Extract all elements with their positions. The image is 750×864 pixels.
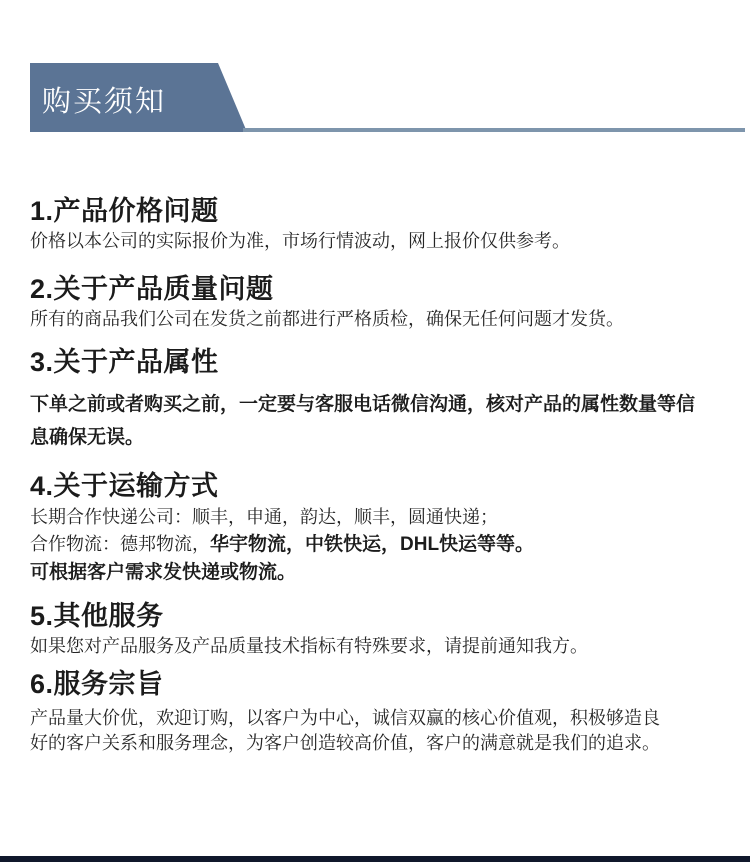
- section-heading: 2.关于产品质量问题: [30, 271, 740, 307]
- banner-title: 购买须知: [42, 86, 166, 118]
- section-heading: 3.关于产品属性: [30, 344, 740, 380]
- section-text: 产品量大价优，欢迎订购，以客户为中心，诚信双赢的核心价值观，积极够造良: [30, 706, 740, 731]
- section-text: 长期合作快递公司：顺丰，申通，韵达，顺丰，圆通快递；: [30, 504, 740, 531]
- section-heading: 5.其他服务: [30, 598, 740, 634]
- section-body: 下单之前或者购买之前，一定要与客服电话微信沟通，核对产品的属性数量等信 息确保无…: [30, 388, 740, 454]
- section-text: 所有的商品我们公司在发货之前都进行严格质检，确保无任何问题才发货。: [30, 307, 740, 332]
- section-price: 1.产品价格问题 价格以本公司的实际报价为准，市场行情波动，网上报价仅供参考。: [30, 193, 740, 254]
- section-text: 合作物流：德邦物流，华宇物流，中铁快运，DHL快运等等。: [30, 531, 740, 559]
- banner-underline: [243, 128, 745, 132]
- page-root: 购买须知 1.产品价格问题 价格以本公司的实际报价为准，市场行情波动，网上报价仅…: [0, 0, 750, 864]
- section-text-part: 华宇物流，中铁快运，DHL快运等等。: [210, 534, 534, 555]
- section-text-part: 合作物流：德邦物流，: [30, 534, 210, 554]
- section-other-services: 5.其他服务 如果您对产品服务及产品质量技术指标有特殊要求，请提前通知我方。: [30, 598, 740, 659]
- section-text: 价格以本公司的实际报价为准，市场行情波动，网上报价仅供参考。: [30, 229, 740, 254]
- section-text: 好的客户关系和服务理念，为客户创造较高价值，客户的满意就是我们的追求。: [30, 731, 740, 756]
- section-text: 如果您对产品服务及产品质量技术指标有特殊要求，请提前通知我方。: [30, 634, 740, 659]
- notice-banner: 购买须知: [0, 0, 750, 132]
- section-heading: 1.产品价格问题: [30, 193, 740, 229]
- section-text: 息确保无误。: [30, 421, 740, 454]
- section-heading: 4.关于运输方式: [30, 468, 740, 504]
- section-body: 产品量大价优，欢迎订购，以客户为中心，诚信双赢的核心价值观，积极够造良 好的客户…: [30, 706, 740, 756]
- section-body: 长期合作快递公司：顺丰，申通，韵达，顺丰，圆通快递； 合作物流：德邦物流，华宇物…: [30, 504, 740, 586]
- section-text: 下单之前或者购买之前，一定要与客服电话微信沟通，核对产品的属性数量等信: [30, 388, 740, 421]
- footer-divider-bar: [0, 856, 750, 862]
- section-attributes: 3.关于产品属性 下单之前或者购买之前，一定要与客服电话微信沟通，核对产品的属性…: [30, 344, 740, 454]
- notice-sections: 1.产品价格问题 价格以本公司的实际报价为准，市场行情波动，网上报价仅供参考。 …: [0, 132, 750, 756]
- banner-trapezoid: 购买须知: [30, 63, 247, 132]
- section-service-purpose: 6.服务宗旨 产品量大价优，欢迎订购，以客户为中心，诚信双赢的核心价值观，积极够…: [30, 666, 740, 756]
- section-heading: 6.服务宗旨: [30, 666, 740, 702]
- section-text: 可根据客户需求发快递或物流。: [30, 559, 740, 586]
- section-quality: 2.关于产品质量问题 所有的商品我们公司在发货之前都进行严格质检，确保无任何问题…: [30, 271, 740, 332]
- section-shipping: 4.关于运输方式 长期合作快递公司：顺丰，申通，韵达，顺丰，圆通快递； 合作物流…: [30, 468, 740, 586]
